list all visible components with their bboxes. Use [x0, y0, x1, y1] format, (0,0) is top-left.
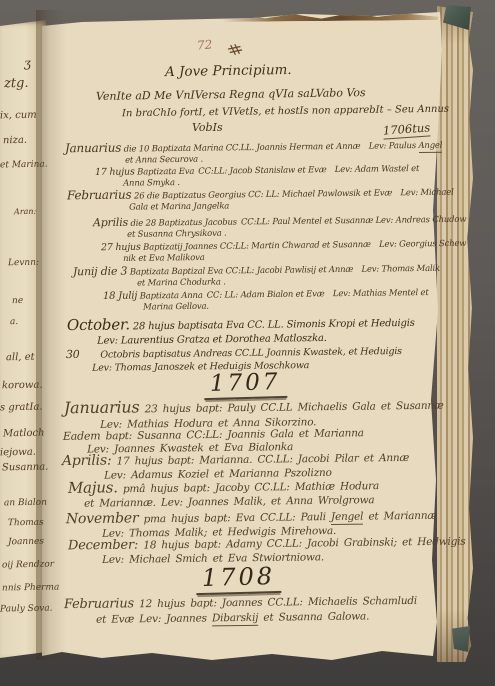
entry-text: 18 hujus bapt: Adamy CC.LL: Jacobi Grabi…	[143, 536, 465, 552]
entry-month: October.	[67, 315, 130, 334]
entry-month: Aprilis	[93, 216, 128, 229]
entry-month: Aprilis:	[62, 453, 112, 470]
register-entry: Februarius 26 die Baptizatus Georgius CC…	[67, 186, 454, 215]
entry-month: December:	[68, 538, 138, 554]
hash-mark-icon: #	[222, 39, 246, 61]
entry-text: pma hujus bapt: Eva CC.LL: Pauli	[143, 511, 331, 525]
year-heading-1707: 1707	[204, 369, 287, 400]
entry-month: 17 hujus	[95, 166, 135, 177]
margin-fragment: Levnn:	[8, 258, 39, 269]
entry-month: Februarius	[67, 188, 132, 203]
register-entry: Februarius 12 hujus bapt: Joannes CC.LL:…	[64, 593, 417, 628]
handwritten-text-layer: ʒ ztg. ix, cum niza. et Marina. Aran: Le…	[0, 0, 495, 686]
entry-month: November	[66, 510, 139, 527]
margin-fragment: oij Rendzor	[2, 560, 54, 571]
entry-text: 12 hujus bapt: Joannes CC.LL: Michaelis …	[139, 595, 417, 610]
chronogram-line-3: VobIs	[192, 121, 223, 134]
entry-text: 28 hujus baptisata Eva CC. LL. Simonis K…	[133, 318, 415, 332]
margin-fragment: ne	[12, 296, 23, 306]
register-entry: Junij die 3 Baptizata Baptizal Eva CC:LL…	[73, 262, 440, 290]
entry-month: Majus.	[68, 478, 118, 497]
entry-month: 27 hujus	[101, 242, 141, 253]
entry-month: Junij die 3	[73, 265, 128, 279]
margin-fragment: et Marina.	[0, 160, 48, 171]
entry-text: et Susanna Galowa.	[258, 610, 369, 623]
margin-fragment: ztg.	[4, 76, 29, 91]
margin-fragment: ix, cum	[0, 110, 37, 122]
margin-fragment: niza.	[3, 135, 27, 146]
entry-month: Eadem	[63, 429, 101, 442]
margin-fragment: all, et	[6, 352, 35, 363]
entry-month: Januarius	[64, 397, 140, 417]
photograph-of-register-page: ʒ ztg. ix, cum niza. et Marina. Aran: Le…	[0, 0, 495, 686]
entry-month: Januarius	[65, 141, 121, 156]
entry-text: Octobris baptisatus Andreas CC.LL Joanni…	[100, 346, 402, 361]
entry-line2: et Evæ Lev: Joannes Dibarskij et Susanna…	[96, 609, 417, 628]
margin-fragment: korowa.	[2, 380, 43, 392]
margin-fragment: ʒ	[24, 56, 31, 70]
margin-fragment: Joannes	[8, 537, 44, 548]
entry-text: 17 hujus bapt: Marianna. CC.LL: Jacobi P…	[116, 452, 409, 468]
entry-text: bapt: Susanna CC:LL: Joannis Gala et Mar…	[106, 427, 364, 442]
chronogram-line-2: In braChIo fortI, et VIVetIs, et hostIs …	[122, 104, 449, 120]
entry-text: Baptizata Eva CC:LL: Jacob Stanislaw et …	[137, 164, 419, 177]
entry-text-underlined: Dibarskij	[212, 612, 259, 627]
margin-fragment: s gratIa.	[0, 402, 43, 414]
page-number: 72	[196, 37, 212, 52]
margin-fragment: Aran:	[14, 207, 36, 216]
margin-fragment: an Bialon	[4, 498, 47, 509]
entry-month: 18 Julij	[103, 291, 137, 302]
margin-fragment: Susanna.	[2, 462, 49, 474]
year-heading-1708: 1708	[196, 562, 282, 595]
entry-month: 30	[66, 348, 80, 361]
margin-fragment: Pauly Sova.	[0, 604, 53, 615]
year-note-1706: 1706tus	[382, 120, 430, 139]
margin-fragment: nnis Pherma	[2, 583, 60, 594]
motto: A Jove Principium.	[165, 62, 292, 80]
entry-text: et Evæ Lev: Joannes	[96, 612, 212, 625]
entry-text: Baptizata Anna CC: LL: Adam Bialon et Ev…	[140, 288, 429, 302]
entry-month: Februarius	[64, 596, 134, 612]
register-entry: Majus. pmâ hujus bapt: Jacoby CC.LL: Mat…	[68, 477, 379, 511]
entry-line2: Marina Gellova.	[143, 299, 429, 313]
entry-text-underlined: Jengel	[331, 511, 363, 525]
entry-text-underlined: Angel	[418, 141, 442, 153]
margin-fragment: a.	[10, 317, 18, 327]
chronogram-line-1: VenIte aD Me VnIVersa Regna qVIa saLVabo…	[96, 86, 366, 103]
entry-text: 23 hujus bapt: Pauly CC.LL Michaelis Gal…	[145, 400, 444, 416]
margin-fragment: Matloch	[3, 428, 45, 440]
entry-text: et Mariannæ	[363, 510, 437, 523]
register-entry: 18 Julij Baptizata Anna CC: LL: Adam Bia…	[103, 287, 429, 314]
margin-fragment: iejowa.	[0, 447, 36, 459]
register-entry: Aprilis die 28 Baptizatus Jacobus CC:LL:…	[93, 213, 467, 242]
margin-fragment: Thomas	[8, 518, 44, 529]
